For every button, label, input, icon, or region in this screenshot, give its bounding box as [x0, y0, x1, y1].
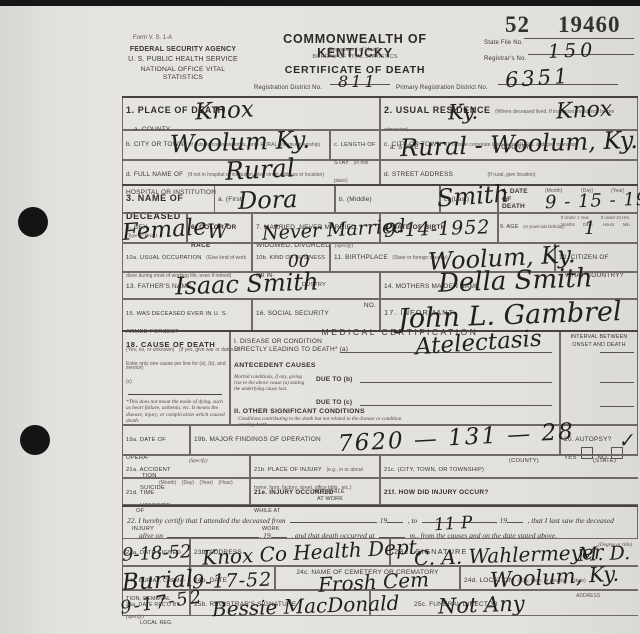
occupation-label: 10a. USUAL OCCUPATION: [126, 255, 202, 261]
age-note: (In years last birthday): [523, 224, 564, 229]
time-of-injury-label-1: 21d. TIME: [126, 490, 154, 496]
cause-margin-note-2: *This does not mean the mode of dying, s…: [126, 399, 226, 425]
age-months-col: Months: [561, 222, 575, 228]
stamp-serial-number: 19460: [558, 12, 621, 38]
field-how-injury-occurred: 21f. HOW DID INJURY OCCUR?: [380, 478, 638, 505]
mother-name-value: Della Smith: [438, 263, 594, 298]
age-min-col: Min.: [623, 222, 631, 228]
injury-state-label: (STATE): [593, 458, 616, 466]
form-number: Form V. S. 1-A: [133, 36, 172, 42]
burial-date-value: 9-17-52: [192, 569, 273, 594]
certify-seg5: , that I last saw the deceased: [527, 516, 613, 525]
street-address-label: d. STREET ADDRESS: [384, 171, 453, 178]
interval-blank-2: [600, 382, 634, 383]
ssn-label-1: 16. SOCIAL SECURITY: [256, 310, 329, 317]
institution-value: Rural: [224, 153, 295, 186]
state-file-label: State File No.: [484, 40, 523, 48]
certify-blank-2: [387, 522, 403, 523]
date-signed-value: 9-18-52: [121, 541, 191, 566]
field-middle-name: b. (Middle): [335, 185, 440, 213]
due-to-b-label: DUE TO (b): [316, 376, 353, 384]
field-name-of-deceased: 3. NAME OF DECEASED (Type or Print): [122, 185, 215, 213]
street-address-note: (If rural, give location): [457, 172, 535, 178]
time-of-injury-cols: (Month) (Day) (Year) (Hour): [159, 481, 233, 487]
due-to-c-label: DUE TO (c): [316, 399, 352, 407]
scan-edge-bar: [0, 0, 640, 6]
hole-punch-top: [18, 207, 48, 237]
cause-margin-divider: [128, 394, 222, 395]
agency-line-3: NATIONAL OFFICE VITAL STATISTICS: [122, 66, 244, 81]
primary-district-value: 6351: [504, 64, 571, 93]
date-of-birth-value: 9-14-1952: [384, 216, 491, 242]
interval-blank-3: [600, 406, 634, 407]
ssn-label-2: NO.: [364, 302, 376, 310]
agency-line-2: U. S. PUBLIC HEALTH SERVICE: [126, 56, 240, 64]
certify-blank-1: [290, 522, 376, 523]
registrar-no-value-handwritten: 150: [548, 39, 597, 63]
birthplace-label: 11. BIRTHPLACE: [334, 254, 388, 261]
place-county-value: Knox: [194, 96, 254, 125]
field-time-of-injury: 21d. TIME (Month) (Day) (Year) (Hour) OF…: [122, 478, 250, 505]
field-cause-of-death-margin: 18. CAUSE OF DEATH Enter only one cause …: [122, 331, 230, 425]
age-under24-header: If under 24 Hrs.: [601, 215, 637, 221]
father-name-value: Isaac Smith: [175, 268, 319, 301]
stamp-year-number: 52: [505, 12, 530, 38]
residence-county-value: Knox: [555, 97, 612, 125]
injury-city-label: 21c. (CITY, TOWN, OR TOWNSHIP): [384, 467, 484, 473]
accident-note: (Specify): [189, 458, 207, 464]
department-line: Department of Health: [300, 48, 410, 54]
accident-label: 21a. ACCIDENT: [126, 467, 171, 473]
date-received-label-2: LOCAL REG.: [126, 620, 173, 626]
due-to-c-blank: [360, 405, 552, 406]
cause-margin-note-1: Enter only one cause per line for (a), (…: [126, 361, 226, 385]
disease-condition-label-2: DIRECTLY LEADING TO DEATH* (a): [234, 346, 348, 354]
rule-above-certify-row: [122, 505, 638, 507]
certify-seg4: , 19: [496, 516, 507, 525]
place-of-injury-label: 21b. PLACE OF INJURY: [254, 467, 322, 473]
registration-district-label: Registration District No.: [254, 85, 322, 93]
last-name-value: Smith: [436, 180, 510, 213]
bureau-line: BUREAU OF VITAL STATISTICS: [300, 55, 410, 61]
not-while-label-2: AT WORK: [317, 496, 343, 504]
interval-label-1: INTERVAL BETWEEN: [564, 334, 634, 342]
certify-seg2: , 19: [376, 516, 387, 525]
rule-above-cause-row: [122, 330, 638, 332]
field-certify-statement: 22. I hereby certify that I attended the…: [122, 505, 638, 538]
middle-name-label: b. (Middle): [339, 196, 372, 203]
autopsy-no-mark: ✓: [617, 429, 636, 453]
funeral-director-value: Not Any: [438, 591, 525, 618]
operation-findings-label: 19b. MAJOR FINDINGS OF OPERATION: [194, 436, 321, 443]
interval-label-2: ONSET AND DEATH: [564, 342, 634, 350]
field-armed-forces: 15. WAS DECEASED EVER IN U. S. ARMED FOR…: [122, 299, 252, 331]
institution-label-1: d. FULL NAME OF: [126, 171, 183, 178]
hole-punch-bottom: [20, 425, 50, 455]
death-time-value: 11 P: [433, 513, 473, 536]
registration-district-value: 811: [338, 72, 378, 91]
age-hours-col: Hours: [603, 222, 614, 228]
agency-line-1: FEDERAL SECURITY AGENCY: [128, 46, 238, 54]
antecedent-causes-label: ANTECEDENT CAUSES: [234, 362, 316, 369]
field-street-address: d. STREET ADDRESS (If rural, give locati…: [380, 160, 638, 185]
date-of-death-value: 9 - 15 - 1952: [545, 188, 640, 213]
funeral-director-address-label: ADDRESS: [576, 594, 600, 600]
form-top-rule: [122, 96, 638, 98]
certify-seg1: 22. I hereby certify that I attended the…: [127, 516, 286, 525]
antecedent-note: Morbid conditions, if any, giving rise t…: [234, 374, 308, 392]
first-name-value: Dora: [238, 185, 298, 215]
field-injury-occurred: 21e. INJURY OCCURRED WHILE AT NOT WHILE …: [250, 478, 380, 505]
injury-county-label: (COUNTY): [509, 458, 539, 466]
field-accident-suicide-homicide: 21a. ACCIDENT (Specify) SUICIDE HOMICIDE: [122, 455, 250, 478]
death-certificate-scan: Form V. S. 1-A FEDERAL SECURITY AGENCY U…: [0, 0, 640, 634]
rule-above-name-row: [122, 184, 638, 186]
certify-seg3: , to: [408, 516, 418, 525]
field-place-of-injury: 21b. PLACE OF INJURY (e.g., in or about …: [250, 455, 380, 478]
registrar-no-label: Registrar's No.: [484, 56, 527, 64]
how-injury-label: 21f. HOW DID INJURY OCCUR?: [384, 489, 489, 496]
field-age: 9. AGE (In years last birthday) If Under…: [498, 213, 638, 243]
field-length-of-stay: c. LENGTH OF STAY (in this place): [330, 130, 380, 160]
age-days-value: 1: [584, 218, 595, 239]
disease-condition-label-1: I. DISEASE OR CONDITION: [234, 338, 322, 346]
residence-state-value: Ky.: [448, 99, 479, 124]
other-conditions-label: II. OTHER SIGNIFICANT CONDITIONS: [234, 408, 365, 415]
certify-blank-4: [507, 522, 523, 523]
field-date-of-operation: 19a. DATE OF OPERA- TION: [122, 425, 190, 455]
field-injury-location: 21c. (CITY, TOWN, OR TOWNSHIP) (COUNTY) …: [380, 455, 638, 478]
field-interval: INTERVAL BETWEEN ONSET AND DEATH: [560, 331, 638, 425]
field-occupation: 10a. USUAL OCCUPATION (Give kind of work…: [122, 243, 252, 272]
cause-title: 18. CAUSE OF DEATH: [126, 340, 215, 349]
color-race-value: W: [207, 219, 228, 243]
primary-district-label: Primary Registration District No.: [396, 85, 488, 93]
registrar-signature-value: Bessie MacDonald: [212, 591, 400, 622]
due-to-b-blank: [360, 382, 552, 383]
age-label: 9. AGE: [500, 224, 519, 230]
interval-blank-1: [600, 352, 634, 353]
